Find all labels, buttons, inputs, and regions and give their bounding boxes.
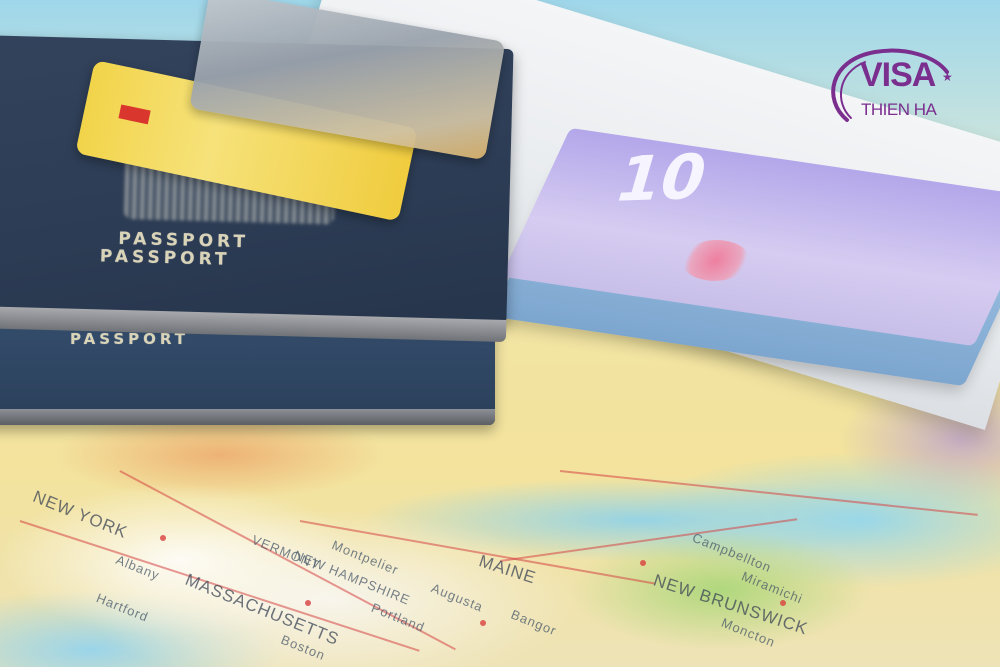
passport-pages bbox=[0, 409, 495, 425]
banknote-denomination: 10 bbox=[607, 140, 715, 216]
banknote-flower-print bbox=[673, 236, 758, 285]
card-logo-stripe bbox=[118, 104, 150, 124]
visa-thien-ha-logo: VISA ★ THIEN HA bbox=[825, 48, 955, 124]
map-city-dot bbox=[305, 600, 311, 606]
photo-scene: NEW YORK VERMONT NEW HAMPSHIRE MASSACHUS… bbox=[0, 0, 1000, 667]
passport-top-label-2: PASSPORT bbox=[100, 246, 231, 269]
map-city-dot bbox=[640, 560, 646, 566]
logo-brand-text: VISA bbox=[860, 56, 935, 95]
map-city-dot bbox=[160, 535, 166, 541]
logo-tagline: THIEN HA bbox=[861, 100, 936, 120]
banknote-stack: 10 bbox=[512, 162, 1000, 392]
star-icon: ★ bbox=[942, 70, 953, 84]
map-city-dot bbox=[480, 620, 486, 626]
